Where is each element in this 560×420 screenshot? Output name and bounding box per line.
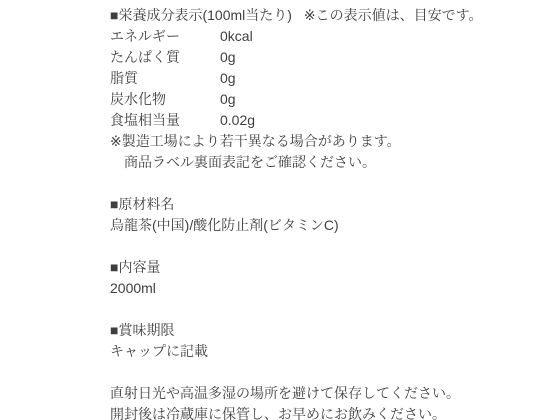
nutrition-row-fat: 脂質 0g (110, 68, 552, 89)
nutrition-value: 0g (220, 47, 236, 68)
volume-heading: ■内容量 (110, 257, 552, 278)
nutrition-disclaimer-line2: 商品ラベル裏面表記をご確認ください。 (110, 152, 552, 173)
nutrition-row-carbohydrate: 炭水化物 0g (110, 89, 552, 110)
nutrition-heading: ■栄養成分表示(100ml当たり) (110, 7, 292, 23)
expiry-section: ■賞味期限 キャップに記載 (110, 320, 552, 362)
nutrition-row-protein: たんぱく質 0g (110, 47, 552, 68)
volume-section: ■内容量 2000ml (110, 257, 552, 299)
volume-value: 2000ml (110, 278, 552, 299)
storage-note-line1: 直射日光や高温多湿の場所を避けて保存してください。 (110, 383, 552, 404)
nutrition-section: ■栄養成分表示(100ml当たり)※この表示値は、目安です。 エネルギー 0kc… (110, 5, 552, 173)
nutrition-label: たんぱく質 (110, 47, 220, 68)
nutrition-label: 脂質 (110, 68, 220, 89)
ingredients-value: 烏龍茶(中国)/酸化防止剤(ビタミンC) (110, 215, 552, 236)
ingredients-section: ■原材料名 烏龍茶(中国)/酸化防止剤(ビタミンC) (110, 194, 552, 236)
nutrition-value: 0g (220, 68, 236, 89)
nutrition-disclaimer-line1: ※製造工場により若干異なる場合があります。 (110, 131, 552, 152)
nutrition-value: 0.02g (220, 110, 255, 131)
nutrition-label: 食塩相当量 (110, 110, 220, 131)
expiry-heading: ■賞味期限 (110, 320, 552, 341)
nutrition-heading-note: ※この表示値は、目安です。 (304, 7, 483, 23)
ingredients-heading: ■原材料名 (110, 194, 552, 215)
expiry-value: キャップに記載 (110, 341, 552, 362)
product-info-panel: ■栄養成分表示(100ml当たり)※この表示値は、目安です。 エネルギー 0kc… (0, 0, 560, 420)
nutrition-value: 0kcal (220, 26, 253, 47)
nutrition-label: 炭水化物 (110, 89, 220, 110)
nutrition-label: エネルギー (110, 26, 220, 47)
storage-note-section: 直射日光や高温多湿の場所を避けて保存してください。 開封後は冷蔵庫に保管し、お早… (110, 383, 552, 420)
storage-note-line2: 開封後は冷蔵庫に保管し、お早めにお飲みください。 (110, 404, 552, 420)
nutrition-row-salt: 食塩相当量 0.02g (110, 110, 552, 131)
nutrition-row-energy: エネルギー 0kcal (110, 26, 552, 47)
nutrition-heading-line: ■栄養成分表示(100ml当たり)※この表示値は、目安です。 (110, 5, 552, 26)
nutrition-value: 0g (220, 89, 236, 110)
